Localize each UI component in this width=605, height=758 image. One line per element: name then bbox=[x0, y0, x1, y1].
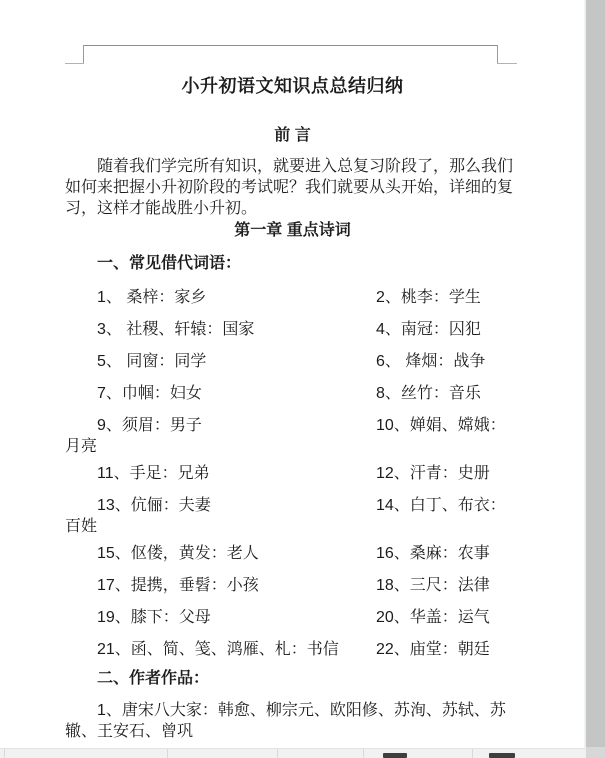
row-right-item: 12、汗青：史册 bbox=[376, 463, 490, 484]
status-divider bbox=[363, 749, 364, 758]
metonymy-row: 17、提携，垂髫：小孩18、三尺：法律 bbox=[65, 575, 520, 596]
preface-paragraph: 随着我们学完所有知识，就要进入总复习阶段了，那么我们如何来把握小升初阶段的考试呢… bbox=[65, 156, 520, 219]
status-divider bbox=[277, 749, 278, 758]
status-divider bbox=[472, 749, 473, 758]
row-left-item: 19、膝下：父母 bbox=[97, 607, 376, 628]
metonymy-row: 5、 同窗：同学6、 烽烟：战争 bbox=[65, 351, 520, 372]
row-right-item: 2、桃李：学生 bbox=[376, 287, 481, 308]
document-page: 小升初语文知识点总结归纳 前 言 随着我们学完所有知识，就要进入总复习阶段了，那… bbox=[65, 0, 520, 742]
metonymy-row: 15、伛偻，黄发：老人16、桑麻：农事 bbox=[65, 543, 520, 564]
paragraph-line: 1、唐宋八大家：韩愈、柳宗元、欧阳修、苏洵、苏轼、苏 bbox=[65, 700, 520, 721]
vertical-scrollbar[interactable] bbox=[584, 0, 605, 758]
metonymy-row: 11、手足：兄弟12、汗青：史册 bbox=[65, 463, 520, 484]
row-left-item: 7、巾帼：妇女 bbox=[97, 383, 376, 404]
metonymy-list: 1、 桑梓：家乡2、桃李：学生3、 社稷、轩辕：国家4、南冠：囚犯5、 同窗：同… bbox=[65, 287, 520, 660]
row-left-item: 17、提携，垂髫：小孩 bbox=[97, 575, 376, 596]
scrollbar-thumb[interactable] bbox=[586, 0, 605, 747]
doc-title: 小升初语文知识点总结归纳 bbox=[65, 77, 520, 96]
document-window: 小升初语文知识点总结归纳 前 言 随着我们学完所有知识，就要进入总复习阶段了，那… bbox=[0, 0, 605, 758]
row-right-item: 14、白丁、布衣： bbox=[376, 495, 506, 516]
preface-heading: 前 言 bbox=[65, 127, 520, 144]
row-right-item: 18、三尺：法律 bbox=[376, 575, 490, 596]
row-left-item: 11、手足：兄弟 bbox=[97, 463, 376, 484]
row-right-item: 22、庙堂：朝廷 bbox=[376, 639, 490, 660]
row-wrap-text: 百姓 bbox=[65, 516, 520, 537]
row-left-item: 5、 同窗：同学 bbox=[97, 351, 376, 372]
paragraph-line: 随着我们学完所有知识，就要进入总复习阶段了，那么我们 bbox=[65, 156, 520, 177]
row-wrap-text: 月亮 bbox=[65, 436, 520, 457]
metonymy-row: 1、 桑梓：家乡2、桃李：学生 bbox=[65, 287, 520, 308]
metonymy-row: 9、须眉：男子10、婵娟、嫦娥： bbox=[65, 415, 520, 436]
row-left-item: 13、伉俪：夫妻 bbox=[97, 495, 376, 516]
row-left-item: 21、函、简、笺、鸿雁、札：书信 bbox=[97, 639, 376, 660]
row-left-item: 15、伛偻，黄发：老人 bbox=[97, 543, 376, 564]
row-right-item: 6、 烽烟：战争 bbox=[376, 351, 485, 372]
row-right-item: 10、婵娟、嫦娥： bbox=[376, 415, 506, 436]
paragraph-line: 如何来把握小升初阶段的考试呢？我们就要从头开始，详细的复 bbox=[65, 177, 520, 198]
row-left-item: 3、 社稷、轩辕：国家 bbox=[97, 319, 376, 340]
paragraph-line: 辙、王安石、曾巩 bbox=[65, 721, 520, 742]
metonymy-row: 7、巾帼：妇女8、丝竹：音乐 bbox=[65, 383, 520, 404]
authors-paragraph: 1、唐宋八大家：韩愈、柳宗元、欧阳修、苏洵、苏轼、苏辙、王安石、曾巩 bbox=[65, 700, 520, 742]
metonymy-row: 19、膝下：父母20、华盖：运气 bbox=[65, 607, 520, 628]
row-right-item: 8、丝竹：音乐 bbox=[376, 383, 481, 404]
metonymy-row: 3、 社稷、轩辕：国家4、南冠：囚犯 bbox=[65, 319, 520, 340]
section-heading-2: 二、作者作品： bbox=[65, 671, 520, 687]
row-left-item: 9、须眉：男子 bbox=[97, 415, 376, 436]
status-glyph-fragment-icon bbox=[383, 753, 407, 758]
status-bar bbox=[0, 748, 585, 758]
row-right-item: 16、桑麻：农事 bbox=[376, 543, 490, 564]
status-divider bbox=[4, 749, 5, 758]
metonymy-row: 21、函、简、笺、鸿雁、札：书信22、庙堂：朝廷 bbox=[65, 639, 520, 660]
paragraph-line: 习，这样才能战胜小升初。 bbox=[65, 198, 520, 219]
metonymy-row: 13、伉俪：夫妻14、白丁、布衣： bbox=[65, 495, 520, 516]
section-heading-1: 一、常见借代词语： bbox=[65, 256, 520, 272]
row-right-item: 20、华盖：运气 bbox=[376, 607, 490, 628]
row-right-item: 4、南冠：囚犯 bbox=[376, 319, 481, 340]
status-glyph-fragment-icon bbox=[489, 753, 515, 758]
status-divider bbox=[167, 749, 168, 758]
chapter-heading: 第一章 重点诗词 bbox=[65, 222, 520, 239]
row-left-item: 1、 桑梓：家乡 bbox=[97, 287, 376, 308]
scrollbar-bottom-button[interactable] bbox=[586, 747, 605, 758]
